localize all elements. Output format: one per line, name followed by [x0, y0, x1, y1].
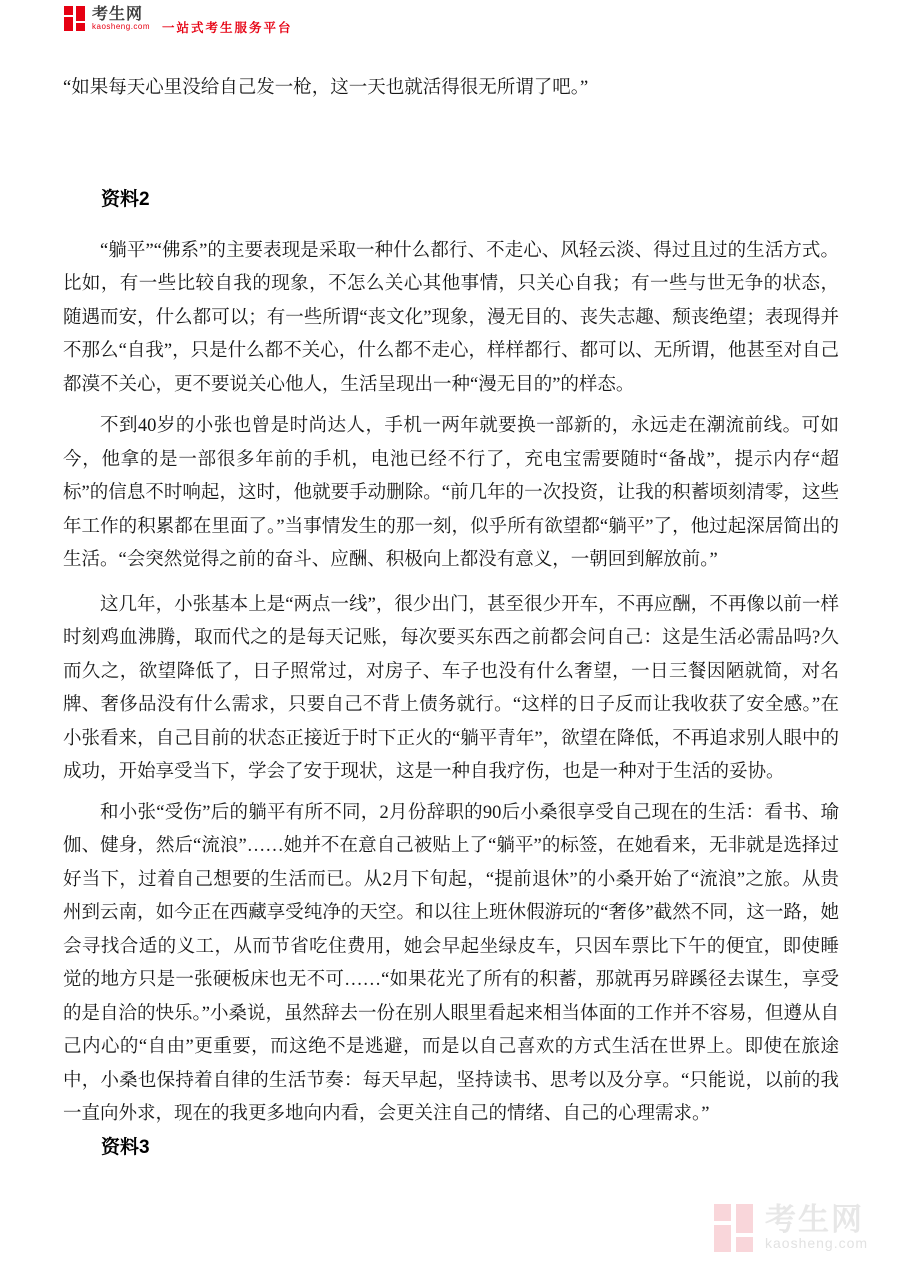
- page-watermark: 考生网 kaosheng.com: [714, 1204, 868, 1252]
- brand-name: 考生网: [92, 6, 150, 23]
- watermark-text: 考生网 kaosheng.com: [765, 1204, 868, 1251]
- brand-domain: kaosheng.com: [92, 23, 150, 31]
- site-logo: 考生网 kaosheng.com 一站式考生服务平台: [64, 6, 293, 36]
- watermark-brand-name: 考生网: [765, 1204, 868, 1236]
- brand-text: 考生网 kaosheng.com: [92, 6, 150, 31]
- paragraph: 这几年，小张基本上是“两点一线”，很少出门，甚至很少开车，不再应酬，不再像以前一…: [63, 589, 839, 790]
- section-heading-ziliao3: 资料3: [63, 1134, 839, 1162]
- watermark-h-icon: [714, 1204, 755, 1252]
- section-heading-ziliao2: 资料2: [63, 186, 839, 214]
- brand-h-icon: [64, 6, 87, 31]
- brand-tagline: 一站式考生服务平台: [162, 18, 293, 36]
- paragraph: “躺平”“佛系”的主要表现是采取一种什么都行、不走心、风轻云淡、得过且过的生活方…: [63, 235, 839, 403]
- watermark-brand-domain: kaosheng.com: [765, 1236, 868, 1251]
- carryover-quote-line: “如果每天心里没给自己发一枪，这一天也就活得很无所谓了吧。”: [63, 72, 839, 106]
- document-page: “如果每天心里没给自己发一枪，这一天也就活得很无所谓了吧。” 资料2 “躺平”“…: [63, 72, 839, 1162]
- paragraph: 和小张“受伤”后的躺平有所不同，2月份辞职的90后小桑很享受自己现在的生活：看书…: [63, 797, 839, 1132]
- paragraph: 不到40岁的小张也曾是时尚达人，手机一两年就要换一部新的，永远走在潮流前线。可如…: [63, 410, 839, 578]
